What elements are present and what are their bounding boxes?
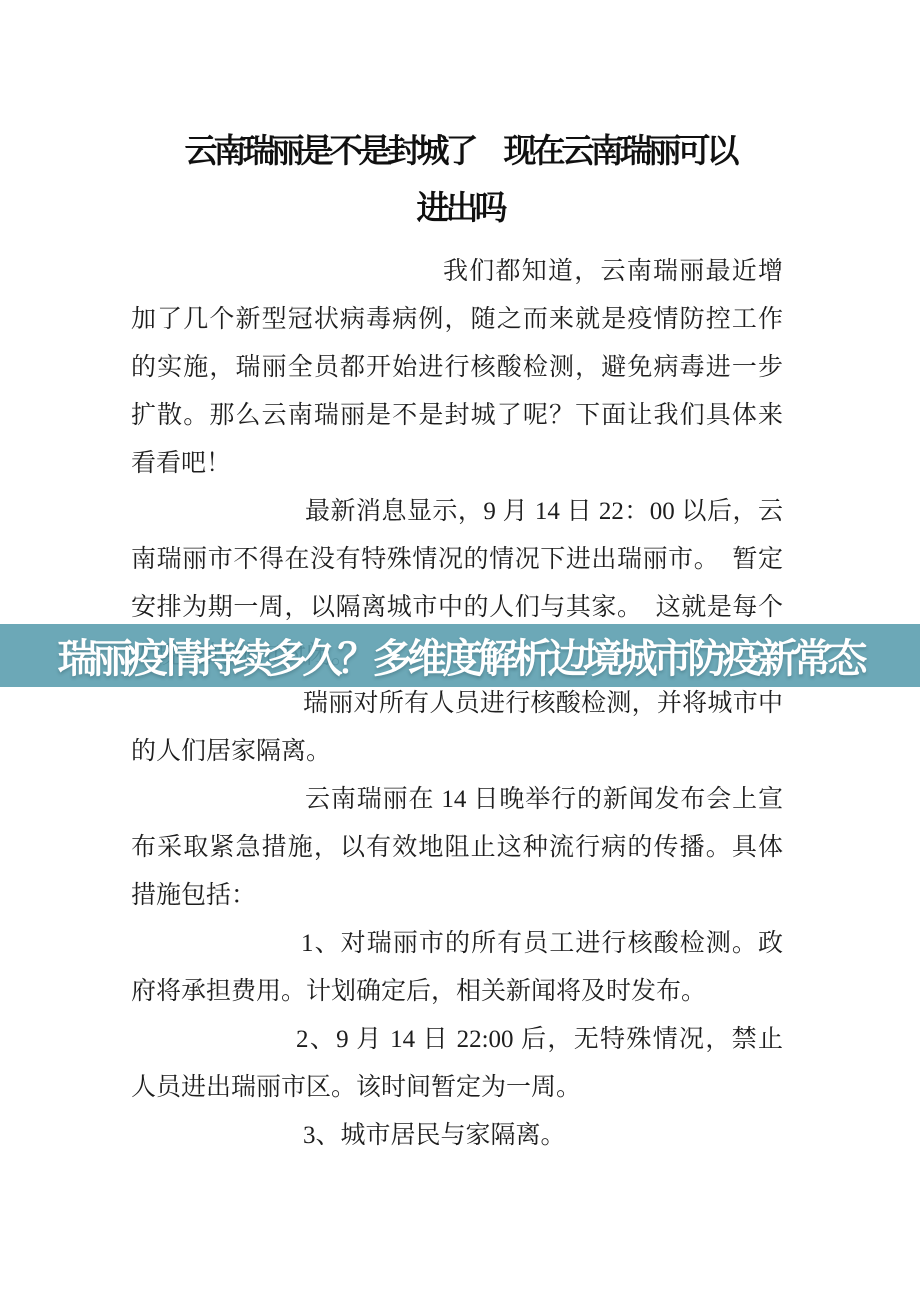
paragraph-list-item-1: 1、对瑞丽市的所有员工进行核酸检测。政 府将承担费用。计划确定后，相关新闻将及时… — [131, 920, 783, 1016]
text-line: 看看吧！ — [131, 440, 783, 488]
paragraph-list-item-3: 3、城市居民与家隔离。 — [131, 1112, 783, 1160]
text-line: 3、城市居民与家隔离。 — [131, 1112, 783, 1160]
paragraph-4: 云南瑞丽在 14 日晚举行的新闻发布会上宣 布采取紧急措施，以有效地阻止这种流行… — [131, 776, 783, 920]
title-line-2: 进出吗 — [0, 179, 920, 236]
overlay-banner: 瑞丽疫情持续多久？多维度解析边境城市防疫新常态 — [0, 624, 920, 687]
text-line: 我们都知道，云南瑞丽最近增 — [131, 248, 783, 296]
text-line: 的实施，瑞丽全员都开始进行核酸检测，避免病毒进一步 — [131, 344, 783, 392]
text-line: 最新消息显示，9 月 14 日 22：00 以后，云 — [131, 488, 783, 536]
paragraph-1: 我们都知道，云南瑞丽最近增 加了几个新型冠状病毒病例，随之而来就是疫情防控工作 … — [131, 248, 783, 488]
text-line: 瑞丽对所有人员进行核酸检测，并将城市中 — [131, 680, 783, 728]
page: 云南瑞丽是不是封城了 现在云南瑞丽可以 进出吗 我们都知道，云南瑞丽最近增 加了… — [0, 0, 920, 1302]
text-line: 1、对瑞丽市的所有员工进行核酸检测。政 — [131, 920, 783, 968]
text-line: 加了几个新型冠状病毒病例，随之而来就是疫情防控工作 — [131, 296, 783, 344]
text-line: 的人们居家隔离。 — [131, 728, 783, 776]
text-line: 府将承担费用。计划确定后，相关新闻将及时发布。 — [131, 968, 783, 1016]
article-title: 云南瑞丽是不是封城了 现在云南瑞丽可以 进出吗 — [0, 0, 920, 236]
overlay-banner-title: 瑞丽疫情持续多久？多维度解析边境城市防疫新常态 — [58, 627, 863, 684]
title-line-1: 云南瑞丽是不是封城了 现在云南瑞丽可以 — [0, 122, 920, 179]
text-line: 2、9 月 14 日 22:00 后，无特殊情况，禁止 — [131, 1016, 783, 1064]
text-line: 南瑞丽市不得在没有特殊情况的情况下进出瑞丽市。 暂定 — [131, 536, 783, 584]
text-line: 云南瑞丽在 14 日晚举行的新闻发布会上宣 — [131, 776, 783, 824]
article-body: 我们都知道，云南瑞丽最近增 加了几个新型冠状病毒病例，随之而来就是疫情防控工作 … — [131, 248, 783, 1160]
paragraph-list-item-2: 2、9 月 14 日 22:00 后，无特殊情况，禁止 人员进出瑞丽市区。该时间… — [131, 1016, 783, 1112]
text-line: 布采取紧急措施，以有效地阻止这种流行病的传播。具体 — [131, 824, 783, 872]
text-line: 扩散。那么云南瑞丽是不是封城了呢？下面让我们具体来 — [131, 392, 783, 440]
text-line: 措施包括： — [131, 872, 783, 920]
text-line: 人员进出瑞丽市区。该时间暂定为一周。 — [131, 1064, 783, 1112]
paragraph-3: 瑞丽对所有人员进行核酸检测，并将城市中 的人们居家隔离。 — [131, 680, 783, 776]
